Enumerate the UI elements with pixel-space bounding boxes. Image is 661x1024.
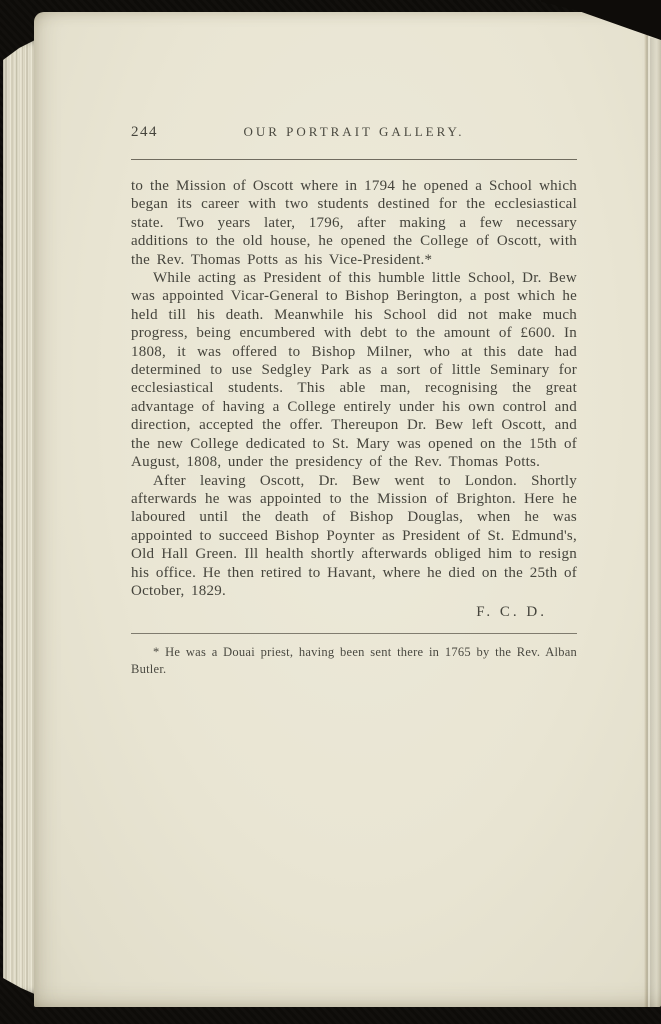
page-right-edge (650, 38, 661, 1007)
page-content: 244 OUR PORTRAIT GALLERY. to the Mission… (131, 122, 577, 677)
page-number: 244 (131, 122, 158, 142)
body-text: to the Mission of Oscott where in 1794 h… (131, 177, 577, 600)
book-page: 244 OUR PORTRAIT GALLERY. to the Mission… (34, 12, 661, 1007)
running-title: OUR PORTRAIT GALLERY. (131, 122, 577, 142)
author-initials: F. C. D. (131, 603, 577, 621)
paragraph-continued: to the Mission of Oscott where in 1794 h… (131, 177, 577, 269)
footnote: * He was a Douai priest, having been sen… (131, 644, 577, 677)
paragraph: While acting as President of this humble… (131, 269, 577, 471)
paragraph: After leaving Oscott, Dr. Bew went to Lo… (131, 472, 577, 601)
header-rule (131, 159, 577, 160)
footnote-rule (131, 633, 577, 634)
page-header: 244 OUR PORTRAIT GALLERY. (131, 122, 577, 142)
